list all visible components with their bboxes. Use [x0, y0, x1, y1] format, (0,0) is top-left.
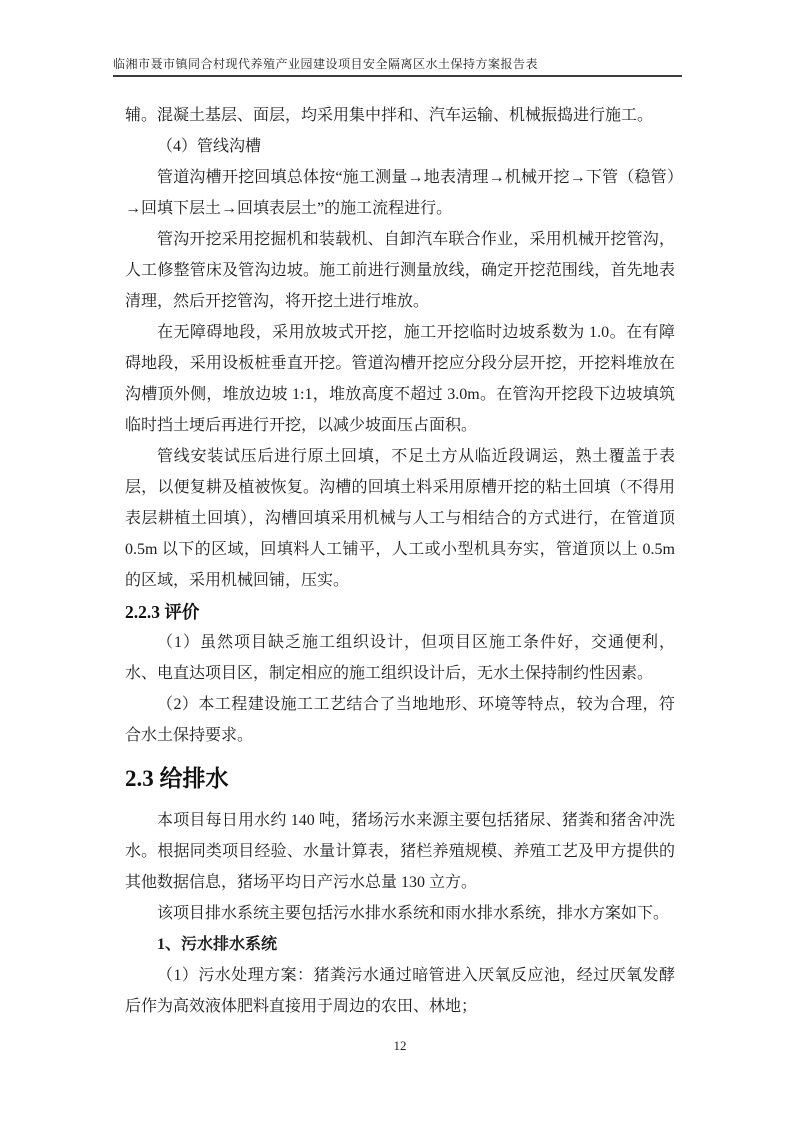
paragraph-water-usage: 本项目每日用水约 140 吨，猪场污水来源主要包括猪尿、猪粪和猪舍冲洗水。根据同… — [125, 805, 675, 898]
section-heading-2-3-water-supply-drainage: 2.3 给排水 — [125, 763, 675, 795]
page-footer: 12 — [125, 1038, 675, 1054]
section-heading-2-2-3-evaluation: 2.2.3 评价 — [125, 598, 675, 627]
subsection-heading-sewage-system: 1、污水排水系统 — [125, 929, 675, 960]
paragraph-trench-excavation: 管沟开挖采用挖掘机和装载机、自卸汽车联合作业，采用机械开挖管沟，人工修整管床及管… — [125, 224, 675, 317]
paragraph-continuation: 辅。混凝土基层、面层，均采用集中拌和、汽车运输、机械振捣进行施工。 — [125, 100, 675, 131]
page-header: 临湘市聂市镇同合村现代养殖产业园建设项目安全隔离区水土保持方案报告表 — [113, 56, 682, 77]
paragraph-evaluation-2: （2）本工程建设施工工艺结合了当地地形、环境等特点，较为合理，符合水土保持要求。 — [125, 689, 675, 751]
document-page: 临湘市聂市镇同合村现代养殖产业园建设项目安全隔离区水土保持方案报告表 辅。混凝土… — [0, 0, 793, 1122]
paragraph-drainage-overview: 该项目排水系统主要包括污水排水系统和雨水排水系统，排水方案如下。 — [125, 898, 675, 929]
paragraph-slope-excavation: 在无障碍地段，采用放坡式开挖，施工开挖临时边坡系数为 1.0。在有障碍地段，采用… — [125, 317, 675, 441]
paragraph-construction-flow: 管道沟槽开挖回填总体按“施工测量→地表清理→机械开挖→下管（稳管）→回填下层土→… — [125, 162, 675, 224]
paragraph-sewage-treatment-plan: （1）污水处理方案：猪粪污水通过暗管进入厌氧反应池，经过厌氧发酵后作为高效液体肥… — [125, 960, 675, 1022]
paragraph-backfill: 管线安装试压后进行原土回填，不足土方从临近段调运，熟土覆盖于表层，以便复耕及植被… — [125, 441, 675, 596]
paragraph-evaluation-1: （1）虽然项目缺乏施工组织设计，但项目区施工条件好，交通便利，水、电直达项目区，… — [125, 627, 675, 689]
paragraph-pipeline-trench-label: （4）管线沟槽 — [125, 131, 675, 162]
page-number: 12 — [394, 1038, 407, 1053]
header-title: 临湘市聂市镇同合村现代养殖产业园建设项目安全隔离区水土保持方案报告表 — [113, 57, 538, 71]
document-body: 辅。混凝土基层、面层，均采用集中拌和、汽车运输、机械振捣进行施工。 （4）管线沟… — [125, 100, 675, 1022]
